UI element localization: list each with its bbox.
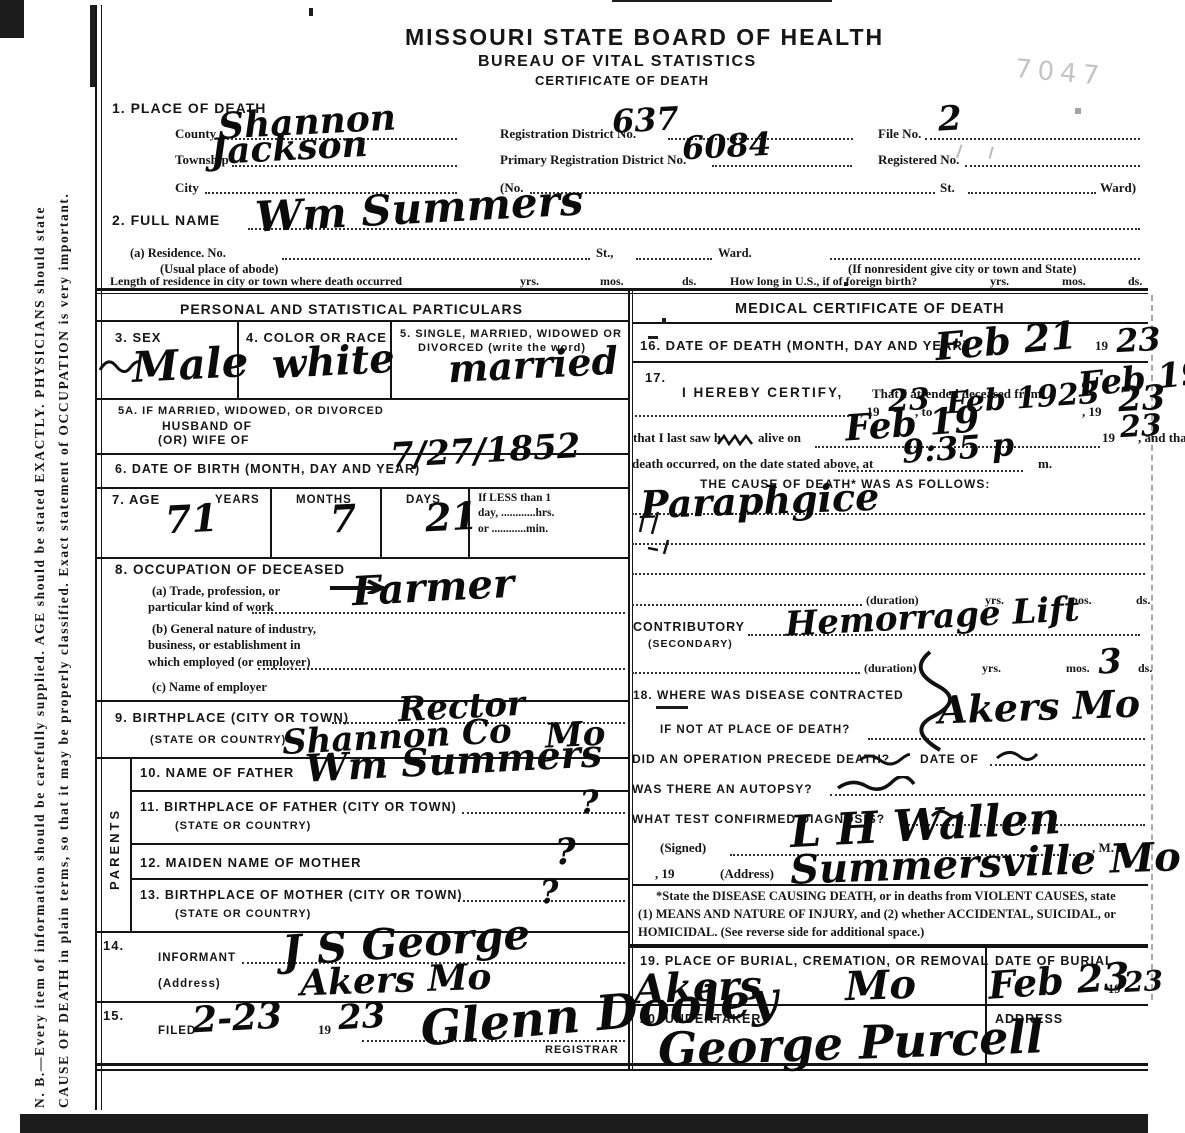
township-value: Jackson	[209, 126, 368, 170]
burial-year-value: 23	[1123, 967, 1163, 997]
ds-label: ds.	[682, 274, 696, 289]
pen-scrawl	[638, 510, 693, 558]
full-name-label: 2. FULL NAME	[112, 212, 220, 228]
cause-dots-2	[632, 543, 1145, 545]
occupation-a-label-1: (a) Trade, profession, or	[152, 584, 280, 599]
if-less-note-2: day, ............hrs.	[478, 507, 554, 519]
parents-vertical-label: PARENTS	[107, 808, 122, 890]
mos-label-2: mos.	[1062, 274, 1086, 289]
page-subtitle: BUREAU OF VITAL STATISTICS	[478, 53, 757, 71]
pen-flourish	[890, 648, 960, 753]
dod-19-printed: 19	[1095, 338, 1108, 354]
registered-no-line	[965, 165, 1140, 167]
scan-speck	[1075, 108, 1081, 114]
scan-speck	[648, 336, 658, 339]
rule	[95, 700, 628, 702]
house-no-line	[530, 192, 935, 194]
scan-corner-mark	[0, 0, 24, 38]
age-label: 7. AGE	[112, 492, 160, 507]
mother-birthplace-state-label: (STATE OR COUNTRY)	[175, 908, 311, 920]
rule	[95, 557, 628, 559]
length-residence-label: Length of residence in city or town wher…	[110, 274, 402, 289]
ward-label: Ward)	[1100, 180, 1136, 196]
dob-value: 7/27/1852	[389, 429, 581, 473]
scan-speck	[309, 8, 313, 16]
primary-registration-label: Primary Registration District No.	[500, 152, 686, 168]
item-17-number: 17.	[645, 370, 666, 385]
occupation-b-line	[258, 668, 625, 670]
file-no-value: 2	[937, 101, 962, 136]
faint-pencil-mark	[989, 147, 1004, 162]
howlong-label: How long in U.S., if of foreign birth?	[730, 274, 917, 289]
duration-ds-value: 3	[1097, 644, 1122, 679]
age-years-label: YEARS	[215, 494, 260, 506]
mother-birthplace-label: 13. BIRTHPLACE OF MOTHER (CITY OR TOWN)	[140, 888, 463, 902]
last-saw-label: that I last saw h	[633, 430, 721, 446]
residence-ward-label: Ward.	[718, 246, 752, 261]
informant-label: INFORMANT	[158, 952, 236, 964]
duration-ds-1: ds.	[1136, 593, 1150, 608]
rule	[130, 790, 628, 792]
registered-no-label: Registered No.	[878, 152, 959, 168]
rule	[95, 320, 628, 322]
street-line	[968, 192, 1096, 194]
father-birthplace-label: 11. BIRTHPLACE OF FATHER (CITY OR TOWN)	[140, 800, 457, 814]
column-divider-2	[632, 288, 633, 1070]
pen-scrawl	[995, 748, 1039, 762]
mos-label: mos.	[600, 274, 624, 289]
death-time-dots	[838, 470, 1023, 472]
physician-address-value: Summersville Mo	[789, 837, 1181, 891]
alive-on-label: alive on	[758, 430, 801, 446]
occupation-b-label-2: business, or establishment in	[148, 638, 301, 653]
pen-scrawl	[98, 352, 142, 380]
autopsy-label: WAS THERE AN AUTOPSY?	[632, 782, 813, 796]
if-less-note-1: If LESS than 1	[478, 492, 551, 504]
father-birthplace-line	[462, 812, 625, 814]
rule	[130, 843, 628, 845]
footnote-line-1: *State the DISEASE CAUSING DEATH, or in …	[656, 889, 1116, 904]
cell-divider	[380, 487, 382, 557]
father-name-label: 10. NAME OF FATHER	[140, 765, 294, 780]
secondary-label: (SECONDARY)	[648, 638, 733, 650]
occupation-title: 8. OCCUPATION OF DECEASED	[115, 562, 345, 577]
dod-year-value: 23	[1115, 323, 1161, 357]
hereby-certify-label: I HEREBY CERTIFY,	[682, 385, 843, 400]
certify-line2-dots	[635, 415, 857, 417]
marital-value: married	[447, 342, 619, 389]
place-of-burial-value: Akers	[633, 966, 762, 1010]
parents-inner-border	[130, 757, 132, 933]
age-days-value: 21	[424, 497, 479, 538]
father-birthplace-value: ?	[579, 786, 599, 819]
faint-file-stamp: 7047	[1014, 54, 1106, 92]
margin-note-line1: N. B.—Every item of information should b…	[32, 206, 48, 1108]
form-bottom-rule-2	[95, 1069, 1148, 1071]
death-time-value: 9:35 p	[901, 428, 1015, 468]
death-certificate-scan: N. B.—Every item of information should b…	[0, 0, 1185, 1133]
file-no-label: File No.	[878, 126, 921, 142]
scan-speck	[662, 318, 666, 324]
item-15-number: 15.	[103, 1008, 124, 1023]
scan-bottom-bar	[20, 1114, 1148, 1133]
ds-label-2: ds.	[1128, 274, 1142, 289]
signed-19-label: , 19	[655, 866, 675, 882]
rule	[95, 398, 628, 400]
scan-left-heavy-mark	[90, 5, 95, 87]
primary-registration-value: 6084	[681, 128, 772, 165]
date-of-death-value: Feb 21	[934, 316, 1079, 366]
sex-value: Male	[131, 341, 249, 389]
mother-name-label: 12. MAIDEN NAME OF MOTHER	[140, 855, 361, 870]
filed-year-value: 23	[337, 999, 386, 1035]
where-contracted-label: 18. WHERE WAS DISEASE CONTRACTED	[633, 688, 904, 702]
race-value: white	[271, 339, 396, 385]
occupation-a-line	[252, 612, 625, 614]
cause-dots-3	[632, 573, 1145, 575]
yrs-label-2: yrs.	[990, 274, 1009, 289]
filed-label: FILED	[158, 1025, 196, 1037]
rule	[632, 361, 1148, 363]
age-years-value: 71	[164, 499, 219, 540]
date-of-burial-value: Feb 23	[987, 957, 1131, 1005]
footnote-line-3: HOMICIDAL. (See reverse side for additio…	[638, 925, 924, 940]
mother-birthplace-value: ?	[539, 876, 559, 909]
informant-address-label: (Address)	[158, 978, 221, 990]
heavy-rule	[630, 944, 1148, 948]
operation-date-dots	[990, 764, 1145, 766]
margin-note-line2: CAUSE OF DEATH in plain terms, so that i…	[56, 192, 72, 1108]
section-divider-top	[95, 288, 1148, 291]
rule	[95, 487, 628, 489]
if-not-at-place-label: IF NOT AT PLACE OF DEATH?	[660, 724, 850, 736]
city-label: City	[175, 180, 199, 196]
informant-address-value: Akers Mo	[299, 959, 492, 1002]
occupation-c-label: (c) Name of employer	[152, 680, 267, 695]
death-time-m-label: m.	[1038, 456, 1052, 472]
footnote-line-2: (1) MEANS AND NATURE OF INJURY, and (2) …	[638, 907, 1116, 922]
place-of-burial-value-2: Mo	[844, 965, 916, 1007]
scan-top-edge-line	[612, 0, 832, 2]
yrs-label: yrs.	[520, 274, 539, 289]
registration-district-value: 637	[611, 102, 679, 137]
duration-yrs-2: yrs.	[982, 661, 1001, 676]
l3-19-printed: 19	[1102, 430, 1115, 446]
street-label: St.	[940, 180, 955, 196]
page-title: MISSOURI STATE BOARD OF HEALTH	[405, 24, 884, 51]
filed-date-value: 2-23	[191, 998, 283, 1039]
residence-right-line	[830, 258, 1140, 260]
date-of-death-label: 16. DATE OF DEATH (MONTH, DAY AND YEAR)	[640, 338, 968, 353]
birthplace-state-label: (STATE OR COUNTRY)	[150, 734, 286, 746]
residence-st-label: St.,	[596, 246, 613, 261]
duration-ds-2: ds.	[1138, 661, 1152, 676]
dob-label: 6. DATE OF BIRTH (MONTH, DAY AND YEAR)	[115, 462, 420, 476]
signed-label: (Signed)	[660, 840, 706, 856]
father-birthplace-state-label: (STATE OR COUNTRY)	[175, 820, 311, 832]
occupation-b-label-1: (b) General nature of industry,	[152, 622, 316, 637]
age-months-value: 7	[329, 499, 357, 538]
pen-scrawl	[716, 432, 754, 448]
pen-scrawl	[858, 752, 910, 766]
pen-dash	[656, 706, 688, 709]
pen-scrawl	[836, 776, 916, 792]
item-14-number: 14.	[103, 938, 124, 953]
undertaker-value: George Purcell	[657, 1013, 1044, 1072]
if-less-note-3: or ............min.	[478, 523, 548, 535]
section-divider-top-2	[95, 293, 1148, 294]
mother-name-value: ?	[554, 833, 577, 870]
residence-no-line	[282, 258, 590, 260]
wife-of-label: (OR) WIFE OF	[158, 433, 249, 447]
medical-section-header: MEDICAL CERTIFICATE OF DEATH	[735, 301, 1005, 317]
residence-label: (a) Residence. No.	[130, 246, 226, 261]
residence-st-line	[636, 258, 712, 260]
husband-of-label: HUSBAND OF	[162, 419, 252, 433]
operation-date-of-label: DATE OF	[920, 752, 979, 766]
if-married-label: 5A. IF MARRIED, WIDOWED, OR DIVORCED	[118, 405, 384, 417]
where-value: Akers Mo	[937, 684, 1140, 729]
filed-19-printed: 19	[318, 1022, 331, 1038]
primary-registration-line	[712, 165, 852, 167]
scan-speck	[844, 282, 848, 286]
pen-scrawl	[328, 578, 388, 594]
pen-scrawl	[930, 808, 964, 820]
l3-year-value: 23	[1119, 411, 1162, 443]
operation-label: DID AN OPERATION PRECEDE DEATH?	[632, 752, 890, 766]
column-divider	[628, 288, 630, 1070]
contributory-label: CONTRIBUTORY	[633, 620, 745, 634]
doc-type-title: CERTIFICATE OF DEATH	[535, 73, 709, 88]
personal-section-header: PERSONAL AND STATISTICAL PARTICULARS	[180, 301, 523, 317]
duration-dots-2	[632, 672, 860, 674]
physician-address-label: (Address)	[720, 866, 774, 882]
duration-mos-2: mos.	[1066, 661, 1090, 676]
cell-divider	[270, 487, 272, 557]
